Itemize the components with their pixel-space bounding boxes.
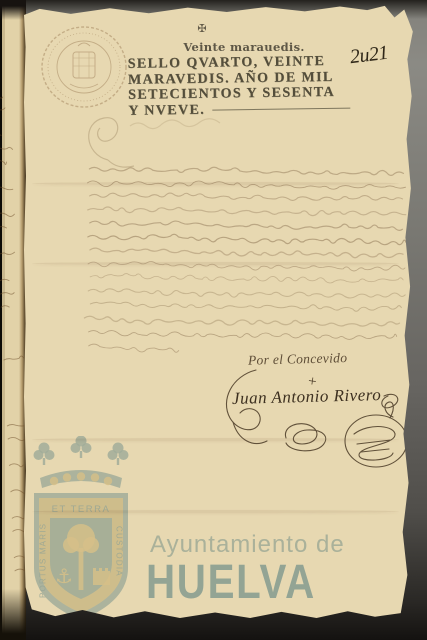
flourish-rubric-end [382,394,398,408]
manuscript-page: ✠ Veinte marauedis. SELLO QVARTO, VEINTE… [24,4,414,618]
flourish-initial [226,370,260,430]
paraph-left [285,424,325,451]
previous-page-edge [0,0,26,640]
scan-background: ✠ Veinte marauedis. SELLO QVARTO, VEINTE… [0,0,427,640]
previous-page-writing [0,0,26,640]
signature-flourishes [24,4,414,618]
paraph-right [345,415,407,467]
